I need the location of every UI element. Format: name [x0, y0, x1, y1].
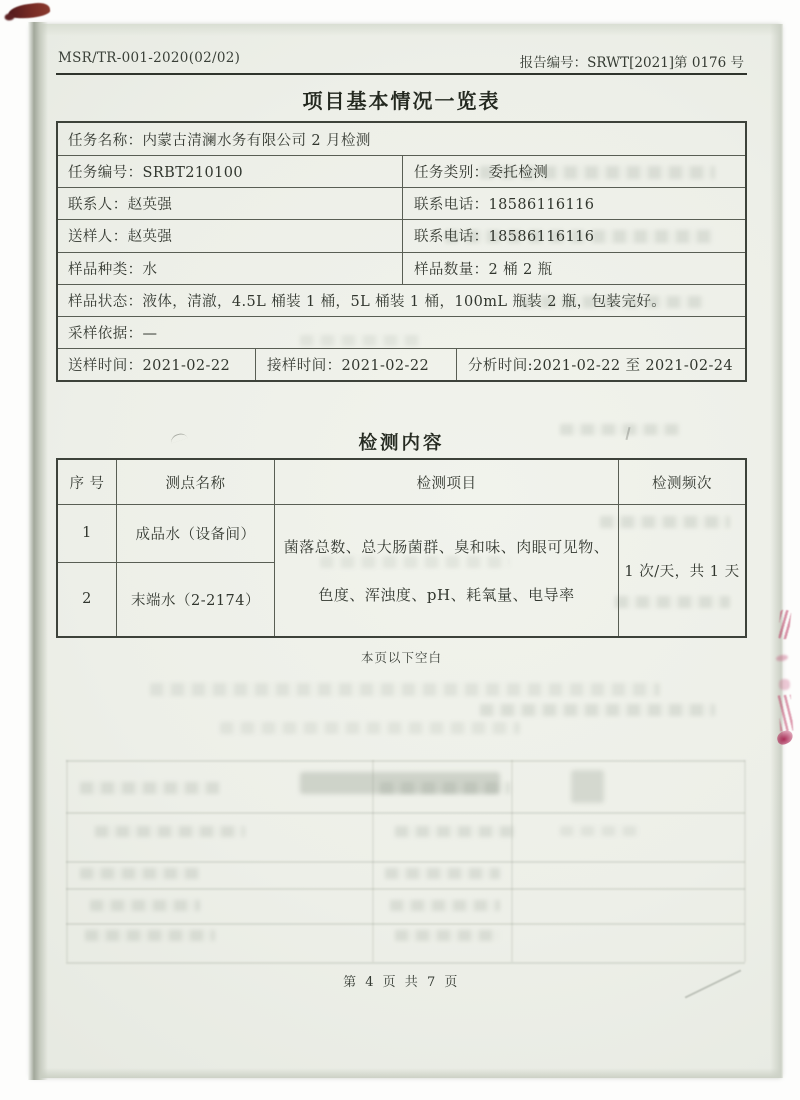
header-col-point: 测点名称 [116, 460, 274, 504]
cell-sampling-basis: 采样依据：— [58, 317, 745, 348]
cell-frequency: 1 次/天，共 1 天 [618, 504, 745, 636]
cell-task-name: 任务名称：内蒙古清澜水务有限公司 2 月检测 [58, 123, 745, 155]
table-row: 样品种类：水 样品数量：2 桶 2 瓶 [58, 252, 745, 284]
stamp-bleed-mark [776, 654, 789, 662]
cell-analysis-time: 分析时间:2021-02-22 至 2021-02-24 [456, 349, 745, 380]
table-row: 联系人：赵英强 联系电话：18586116116 [58, 187, 745, 219]
table-row: 采样依据：— [58, 316, 745, 348]
cell-contact-person: 联系人：赵英强 [58, 188, 402, 219]
table-row: 送样人：赵英强 联系电话：18586116116 [58, 219, 745, 251]
page-number-footer: 第 4 页 共 7 页 [56, 971, 747, 990]
cell-sample-state: 样品状态：液体，清澈，4.5L 桶装 1 桶，5L 桶装 1 桶，100mL 瓶… [58, 285, 745, 316]
cell-contact-phone: 联系电话：18586116116 [402, 188, 745, 219]
header-rule [56, 73, 747, 75]
project-info-table: 任务名称：内蒙古清澜水务有限公司 2 月检测 任务编号：SRBT210100 任… [56, 121, 747, 382]
table-row: 任务编号：SRBT210100 任务类别：委托检测 [58, 155, 745, 187]
report-number: 报告编号：SRWT[2021]第 0176 号 [400, 51, 744, 71]
cell-task-no: 任务编号：SRBT210100 [58, 156, 402, 187]
header-col-no: 序 号 [58, 460, 116, 504]
cell-task-type: 任务类别：委托检测 [402, 156, 745, 187]
cell-row1-no: 1 [58, 504, 116, 562]
header-col-frequency: 检测频次 [618, 460, 745, 504]
cell-row2-point: 末端水（2-2174） [116, 562, 274, 636]
ink-stain [7, 1, 50, 20]
scanned-report-page: MSR/TR-001-2020(02/02) 报告编号：SRWT[2021]第 … [0, 0, 800, 1100]
test-items-line2: 色度、浑浊度、pH、耗氧量、电导率 [318, 584, 574, 605]
page-title: 项目基本情况一览表 [56, 85, 747, 114]
cell-sample-sender: 送样人：赵英强 [58, 220, 402, 251]
cell-receive-time: 接样时间：2021-02-22 [255, 349, 456, 380]
stamp-bleed-mark [778, 610, 792, 640]
cell-delivery-time: 送样时间：2021-02-22 [58, 349, 255, 380]
blank-below-note: 本页以下空白 [56, 648, 747, 666]
table-row: 送样时间：2021-02-22 接样时间：2021-02-22 分析时间:202… [58, 348, 745, 380]
cell-row2-no: 2 [58, 562, 116, 636]
cell-sender-phone: 联系电话：18586116116 [402, 220, 745, 251]
scan-edge-shadow-right [770, 24, 783, 1078]
section-title-test-content: 检测内容 [56, 429, 747, 455]
header-col-items: 检测项目 [274, 460, 618, 504]
stamp-bleed-mark [778, 695, 793, 732]
stamp-bleed-mark [779, 679, 790, 690]
cell-sample-quantity: 样品数量：2 桶 2 瓶 [402, 253, 745, 284]
scan-edge-shadow-left [28, 22, 48, 1080]
test-items-line1: 菌落总数、总大肠菌群、臭和味、肉眼可见物、 [284, 536, 610, 557]
table-row: 任务名称：内蒙古清澜水务有限公司 2 月检测 [58, 123, 745, 155]
cell-row1-point: 成品水（设备间） [116, 504, 274, 562]
test-content-table: 序 号 测点名称 检测项目 检测频次 1 成品水（设备间） 菌落总数、总大肠菌群… [56, 458, 747, 638]
table-row: 样品状态：液体，清澈，4.5L 桶装 1 桶，5L 桶装 1 桶，100mL 瓶… [58, 284, 745, 316]
cell-test-items: 菌落总数、总大肠菌群、臭和味、肉眼可见物、 色度、浑浊度、pH、耗氧量、电导率 [274, 504, 618, 636]
document-code: MSR/TR-001-2020(02/02) [58, 50, 240, 66]
cell-sample-kind: 样品种类：水 [58, 253, 402, 284]
